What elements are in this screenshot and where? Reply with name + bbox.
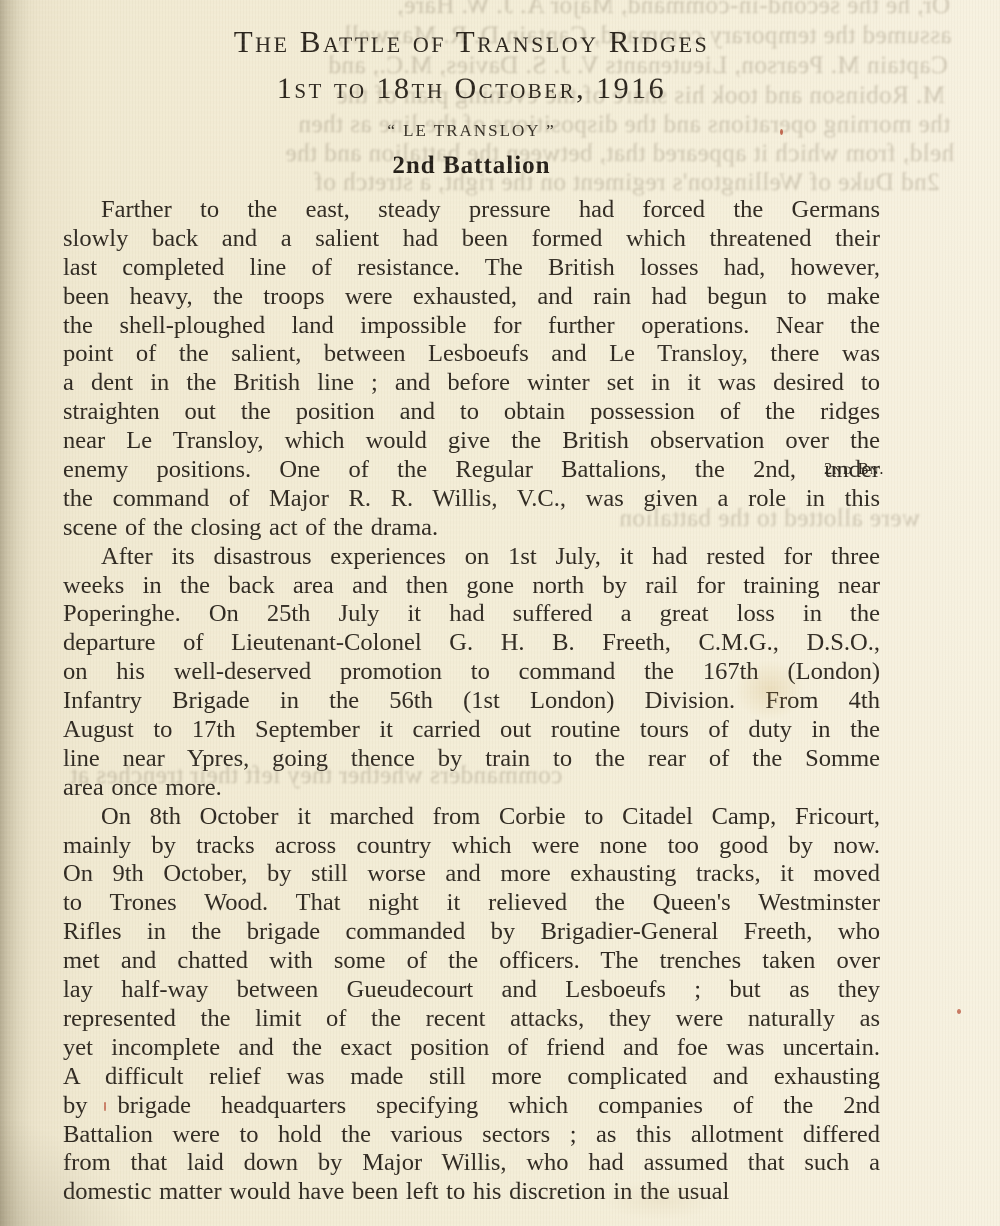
text-column: The Battle of Transloy Ridges 1st to 18t…	[63, 0, 880, 1207]
text-line: the shell-ploughed land impossible for f…	[63, 312, 880, 341]
text-line: August to 17th September it carried out …	[63, 716, 880, 745]
book-page-scan: Or, he the second-in-command, Major A. J…	[0, 0, 1000, 1226]
text-line: to Trones Wood. That night it relieved t…	[63, 889, 880, 918]
battalion-subheading: 2nd Battalion	[63, 152, 880, 179]
paper-speck	[957, 1009, 961, 1014]
text-line: On 9th October, by still worse and more …	[63, 860, 880, 889]
text-line: area once more.	[63, 774, 880, 803]
text-line: A difficult relief was made still more c…	[63, 1063, 880, 1092]
text-line: After its disastrous experiences on 1st …	[63, 543, 880, 572]
chapter-title: The Battle of Transloy Ridges	[63, 26, 880, 58]
text-line: weeks in the back area and then gone nor…	[63, 572, 880, 601]
text-line: the command of Major R. R. Willis, V.C.,…	[63, 485, 880, 514]
text-line: slowly back and a salient had been forme…	[63, 225, 880, 254]
text-line: mainly by tracks across country which we…	[63, 832, 880, 861]
text-line: Battalion were to hold the various secto…	[63, 1121, 880, 1150]
text-line: a dent in the British line ; and before …	[63, 369, 880, 398]
text-line: straighten out the position and to obtai…	[63, 398, 880, 427]
body-text: Farther to the east, steady pressure had…	[63, 196, 880, 1207]
text-line: domestic matter would have been left to …	[63, 1178, 880, 1207]
text-line: Farther to the east, steady pressure had…	[63, 196, 880, 225]
text-line: departure of Lieutenant-Colonel G. H. B.…	[63, 629, 880, 658]
paragraph-3: On 8th October it marched from Corbie to…	[63, 803, 880, 1207]
text-line: On 8th October it marched from Corbie to…	[63, 803, 880, 832]
text-line: enemy positions. One of the Regular Batt…	[63, 456, 880, 485]
text-line: lay half-way between Gueudecourt and Les…	[63, 976, 880, 1005]
text-line: line near Ypres, going thence by train t…	[63, 745, 880, 774]
margin-note: 2nd Bn.	[824, 459, 944, 479]
text-line: Poperinghe. On 25th July it had suffered…	[63, 600, 880, 629]
paragraph-2: After its disastrous experiences on 1st …	[63, 543, 880, 803]
text-line: last completed line of resistance. The B…	[63, 254, 880, 283]
text-line: met and chatted with some of the officer…	[63, 947, 880, 976]
text-line: from that laid down by Major Willis, who…	[63, 1149, 880, 1178]
text-line: by brigade headquarters specifying which…	[63, 1092, 880, 1121]
paragraph-1: Farther to the east, steady pressure had…	[63, 196, 880, 543]
text-line: on his well-deserved promotion to comman…	[63, 658, 880, 687]
text-line: represented the limit of the recent atta…	[63, 1005, 880, 1034]
text-line: been heavy, the troops were exhausted, a…	[63, 283, 880, 312]
text-line: near Le Transloy, which would give the B…	[63, 427, 880, 456]
text-line: Infantry Brigade in the 56th (1st London…	[63, 687, 880, 716]
text-line: scene of the closing act of the drama.	[63, 514, 880, 543]
text-line: point of the salient, between Lesboeufs …	[63, 340, 880, 369]
text-line: Rifles in the brigade commanded by Briga…	[63, 918, 880, 947]
chapter-heading: The Battle of Transloy Ridges 1st to 18t…	[63, 26, 880, 179]
chapter-date-range: 1st to 18th October, 1916	[63, 73, 880, 105]
chapter-epigraph: “ LE TRANSLOY ”	[63, 122, 880, 140]
text-line: yet incomplete and the exact position of…	[63, 1034, 880, 1063]
